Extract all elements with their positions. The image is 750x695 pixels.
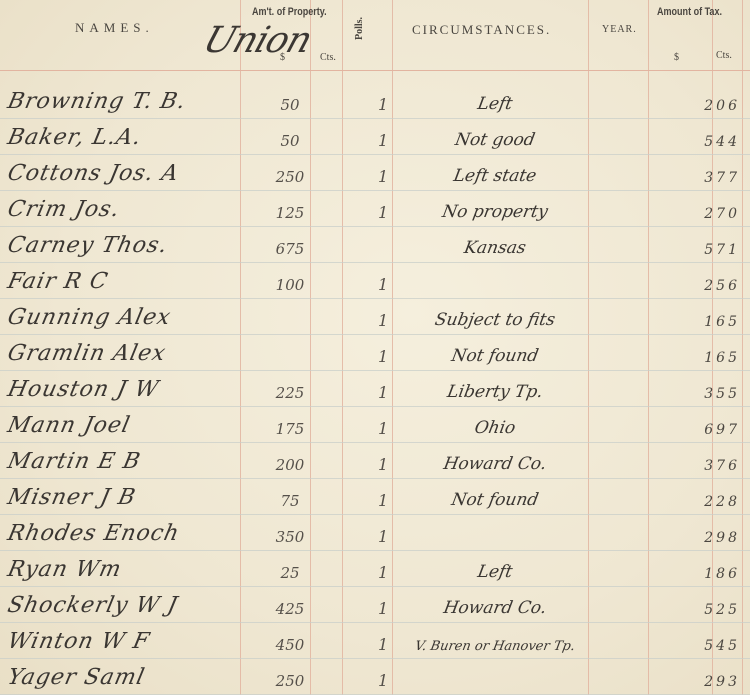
circumstances-cell: Howard Co. <box>408 598 582 618</box>
tax-cell: 165 <box>690 350 740 366</box>
property-cell: 200 <box>270 456 310 474</box>
circumstances-cell: Not found <box>408 490 582 510</box>
ledger-row: Rhodes Enoch 350 1 298 <box>0 516 750 552</box>
ledger-row: Crim Jos. 125 1 No property 270 <box>0 192 750 228</box>
name-cell: Yager Saml <box>5 665 147 690</box>
property-cell: 175 <box>270 420 310 438</box>
tax-cell: 165 <box>690 314 740 330</box>
ledger-row: Yager Saml 250 1 293 <box>0 660 750 695</box>
circumstances-cell: Not found <box>408 346 582 366</box>
circumstances-cell: Left state <box>408 166 582 186</box>
polls-cell: 1 <box>378 95 388 114</box>
polls-cell: 1 <box>378 347 388 366</box>
polls-cell: 1 <box>378 527 388 546</box>
name-cell: Martin E B <box>5 449 143 474</box>
tax-cell: 298 <box>690 530 740 546</box>
polls-cell: 1 <box>378 599 388 618</box>
property-cell: 75 <box>270 492 310 510</box>
ledger-row: Winton W F 450 1 V. Buren or Hanover Tp.… <box>0 624 750 660</box>
name-cell: Ryan Wm <box>5 557 124 582</box>
header-tax-cents: Cts. <box>716 50 732 61</box>
ledger-row: Shockerly W J 425 1 Howard Co. 525 <box>0 588 750 624</box>
name-cell: Misner J B <box>5 485 138 510</box>
polls-cell: 1 <box>378 491 388 510</box>
name-cell: Browning T. B. <box>5 89 188 114</box>
ledger-row: Baker, L.A. 50 1 Not good 544 <box>0 120 750 156</box>
circumstances-cell: Not good <box>408 130 582 150</box>
tax-cell: 186 <box>690 566 740 582</box>
ledger-row: Browning T. B. 50 1 Left 206 <box>0 84 750 120</box>
circumstances-cell: Ohio <box>408 418 582 438</box>
header-amount-of-property: Am't. of Property. <box>252 6 327 18</box>
header-rule <box>0 70 750 71</box>
tax-cell: 697 <box>690 422 740 438</box>
header-names: NAMES. <box>75 20 154 36</box>
header-polls: Polls. <box>354 17 365 40</box>
tax-cell: 545 <box>690 638 740 654</box>
circumstances-cell: Liberty Tp. <box>408 382 582 402</box>
polls-cell: 1 <box>378 419 388 438</box>
ledger-row: Houston J W 225 1 Liberty Tp. 355 <box>0 372 750 408</box>
polls-cell: 1 <box>378 455 388 474</box>
ledger-row: Carney Thos. 675 Kansas 571 <box>0 228 750 264</box>
polls-cell: 1 <box>378 671 388 690</box>
circumstances-cell: No property <box>408 202 582 222</box>
name-cell: Cottons Jos. A <box>5 161 181 186</box>
property-cell: 225 <box>270 384 310 402</box>
name-cell: Baker, L.A. <box>5 125 144 150</box>
ledger-row: Ryan Wm 25 1 Left 186 <box>0 552 750 588</box>
tax-cell: 228 <box>690 494 740 510</box>
property-cell: 450 <box>270 636 310 654</box>
tax-cell: 355 <box>690 386 740 402</box>
ledger-row: Martin E B 200 1 Howard Co. 376 <box>0 444 750 480</box>
header-property-cents: Cts. <box>320 52 336 63</box>
property-cell: 250 <box>270 672 310 690</box>
circumstances-cell: Left <box>408 562 582 582</box>
name-cell: Rhodes Enoch <box>5 521 182 546</box>
header-year: YEAR. <box>602 24 637 35</box>
property-cell: 25 <box>270 564 310 582</box>
property-cell: 350 <box>270 528 310 546</box>
tax-cell: 376 <box>690 458 740 474</box>
tax-cell: 270 <box>690 206 740 222</box>
ledger-row: Misner J B 75 1 Not found 228 <box>0 480 750 516</box>
property-cell: 250 <box>270 168 310 186</box>
polls-cell: 1 <box>378 167 388 186</box>
polls-cell: 1 <box>378 383 388 402</box>
polls-cell: 1 <box>378 311 388 330</box>
name-cell: Winton W F <box>5 629 152 654</box>
circumstances-cell: Howard Co. <box>408 454 582 474</box>
circumstances-cell: Subject to fits <box>408 310 582 330</box>
header-amount-of-tax: Amount of Tax. <box>657 6 722 18</box>
tax-cell: 377 <box>690 170 740 186</box>
ledger-row: Fair R C 100 1 256 <box>0 264 750 300</box>
name-cell: Crim Jos. <box>5 197 122 222</box>
ledger-page: NAMES. Am't. of Property. $ Cts. Polls. … <box>0 0 750 695</box>
polls-cell: 1 <box>378 275 388 294</box>
property-cell: 50 <box>270 132 310 150</box>
circumstances-cell: Kansas <box>408 238 582 258</box>
polls-cell: 1 <box>378 131 388 150</box>
tax-cell: 256 <box>690 278 740 294</box>
circumstances-cell: Left <box>408 94 582 114</box>
property-cell: 425 <box>270 600 310 618</box>
header-tax-dollars: $ <box>674 52 679 63</box>
tax-cell: 206 <box>690 98 740 114</box>
property-cell: 125 <box>270 204 310 222</box>
tax-cell: 525 <box>690 602 740 618</box>
ledger-row: Gunning Alex 1 Subject to fits 165 <box>0 300 750 336</box>
circumstances-cell: V. Buren or Hanover Tp. <box>409 639 582 654</box>
tax-cell: 293 <box>690 674 740 690</box>
property-cell: 50 <box>270 96 310 114</box>
name-cell: Shockerly W J <box>5 593 180 618</box>
ledger-row: Mann Joel 175 1 Ohio 697 <box>0 408 750 444</box>
polls-cell: 1 <box>378 203 388 222</box>
name-cell: Gunning Alex <box>5 305 173 330</box>
name-cell: Gramlin Alex <box>5 341 168 366</box>
handwritten-union-annotation: Union <box>198 20 316 61</box>
name-cell: Fair R C <box>5 269 110 294</box>
property-cell: 100 <box>270 276 310 294</box>
tax-cell: 571 <box>690 242 740 258</box>
ledger-row: Gramlin Alex 1 Not found 165 <box>0 336 750 372</box>
polls-cell: 1 <box>378 563 388 582</box>
tax-cell: 544 <box>690 134 740 150</box>
name-cell: Houston J W <box>5 377 161 402</box>
property-cell: 675 <box>270 240 310 258</box>
name-cell: Carney Thos. <box>5 233 170 258</box>
ledger-row: Cottons Jos. A 250 1 Left state 377 <box>0 156 750 192</box>
header-circumstances: CIRCUMSTANCES. <box>412 22 551 38</box>
polls-cell: 1 <box>378 635 388 654</box>
name-cell: Mann Joel <box>5 413 132 438</box>
